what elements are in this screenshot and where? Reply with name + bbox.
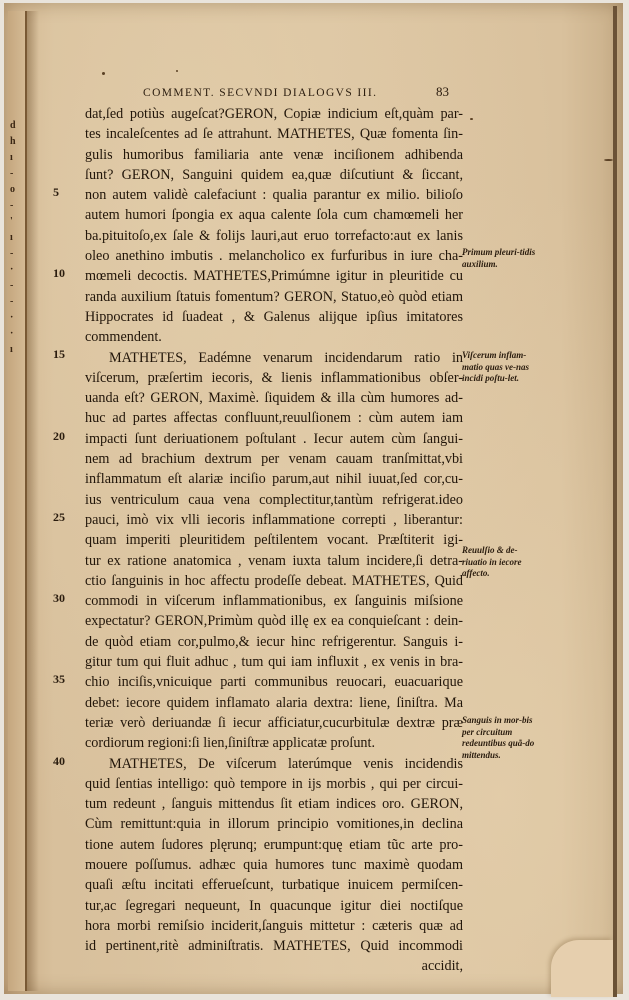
text-line: mœmeli decoctis. MATHETES,Primúmne igitu… bbox=[85, 266, 463, 286]
paper-speck bbox=[470, 118, 473, 120]
text-line: tur ex ratione anatomica , venam iuxta t… bbox=[85, 551, 463, 571]
running-head: COMMENT. SECVNDI DIALOGVS III. bbox=[143, 87, 443, 99]
main-text: dat,ſed potiùs augeſcat?GERON, Copiæ ind… bbox=[85, 104, 463, 977]
paper-speck bbox=[176, 70, 178, 72]
text-line: dat,ſed potiùs augeſcat?GERON, Copiæ ind… bbox=[85, 104, 463, 124]
text-line: quid ſentias intelligo: quò tempore in i… bbox=[85, 774, 463, 794]
text-line: hora morbi remiſsio inciderit,ſanguis mi… bbox=[85, 916, 463, 936]
text-line: tione autem ſudores plęrunq; erumpunt:qu… bbox=[85, 835, 463, 855]
text-line: ctio ſanguinis in hoc affectu prodeſſe d… bbox=[85, 571, 463, 591]
text-line: autem humori ſpongia ex aqua calente ſol… bbox=[85, 205, 463, 225]
page-right-edge bbox=[613, 6, 617, 997]
text-line: ius ventriculum caua vena complectitur,t… bbox=[85, 490, 463, 510]
text-line: mouere poſſumus. adhæc quia humores tunc… bbox=[85, 855, 463, 875]
line-number: 35 bbox=[53, 672, 65, 687]
paper-speck bbox=[102, 72, 105, 75]
text-line: Cùm remittunt:quia in illorum principio … bbox=[85, 814, 463, 834]
previous-page-text-fragments: dhı-o-'ı-·--··ı bbox=[10, 121, 24, 361]
margin-note: Primum pleuri-tidis auxilium. bbox=[462, 247, 542, 270]
text-line: oleo anethino imbutis . melancholico ex … bbox=[85, 246, 463, 266]
text-line: nem ad brachium dextrum per venam cauam … bbox=[85, 449, 463, 469]
text-line: huc ad partes affectas confluunt,reuulſi… bbox=[85, 408, 463, 428]
line-number: 5 bbox=[53, 185, 59, 200]
line-number: 20 bbox=[53, 429, 65, 444]
text-line: tur,ac ſegregari nequeunt, In quacunque … bbox=[85, 896, 463, 916]
text-line: uanda eſt? GERON, Maximè. ſiquidem & ill… bbox=[85, 388, 463, 408]
paper-speck bbox=[604, 159, 613, 161]
text-line: chio inciſis,vnicuique parti communibus … bbox=[85, 672, 463, 692]
text-line: id pertinent,ritè adminiſtratis. MATHETE… bbox=[85, 936, 463, 956]
text-line: de quòd etiam cor,pulmo,& iecur hinc ref… bbox=[85, 632, 463, 652]
text-line: randa auxilium ſtatuis fomentum? GERON, … bbox=[85, 287, 463, 307]
line-number: 40 bbox=[53, 754, 65, 769]
text-line: impacti ſunt deriuationem poſtulant . Ie… bbox=[85, 429, 463, 449]
text-line: gitur tum qui fluit adhuc , tum qui iam … bbox=[85, 652, 463, 672]
margin-note: Reuulſio & de-riuatio in iecore affecto. bbox=[462, 545, 542, 580]
text-line: expectatur? GERON,Primùm quòd illę ex ea… bbox=[85, 611, 463, 631]
text-line: inflammatum eſt alariæ inciſio parum,aut… bbox=[85, 469, 463, 489]
line-number: 10 bbox=[53, 266, 65, 281]
text-line: MATHETES, De viſcerum laterúmque venis i… bbox=[85, 754, 463, 774]
text-line: tes incaleſcentes ad ſe attrahunt. MATHE… bbox=[85, 124, 463, 144]
text-line: gulis humoribus familiaria ante venæ inc… bbox=[85, 145, 463, 165]
text-line: viſcerum, præſertim iecoris, & lienis in… bbox=[85, 368, 463, 388]
text-line: ſunt? GERON, Sanguini quidem ea,quæ diſc… bbox=[85, 165, 463, 185]
text-line: MATHETES, Eadémne venarum incidendarum r… bbox=[85, 348, 463, 368]
text-line: ba.pituitoſo,ex ſale & folijs lauri,aut … bbox=[85, 226, 463, 246]
gutter-shadow bbox=[25, 11, 39, 991]
text-line: tum redeunt , ſanguis mittendus ſit etia… bbox=[85, 794, 463, 814]
page-corner-fold bbox=[551, 940, 613, 997]
text-line: pauci, imò vix vlli iecoris inflammation… bbox=[85, 510, 463, 530]
text-line: accidit, bbox=[85, 956, 463, 976]
text-line: commendent. bbox=[85, 327, 463, 347]
text-line: debet: iecore quidem inflamato alaria de… bbox=[85, 693, 463, 713]
text-line: non autem validè calefaciunt : qualia pa… bbox=[85, 185, 463, 205]
text-line: Hippocrates id ſuadeat , & Galenus alijq… bbox=[85, 307, 463, 327]
line-number: 30 bbox=[53, 591, 65, 606]
text-line: teriæ verò deriuandæ ſi iecur afficiatur… bbox=[85, 713, 463, 733]
text-line: quam imperiti pleuritidem peſtilentem vo… bbox=[85, 530, 463, 550]
text-line: quaſi æſtu incitati efferueſcunt, turbat… bbox=[85, 875, 463, 895]
page-number: 83 bbox=[436, 84, 449, 100]
margin-note: Sanguis in mor-bis per circuitum redeunt… bbox=[462, 715, 542, 761]
line-number: 25 bbox=[53, 510, 65, 525]
text-line: commodi in viſcerum inflammationibus, ex… bbox=[85, 591, 463, 611]
line-number: 15 bbox=[53, 347, 65, 362]
margin-note: Viſcerum inflam-matio quas ve-nas incidi… bbox=[462, 350, 542, 385]
text-line: cordiorum regioni:ſi lien,ſiniſtræ appli… bbox=[85, 733, 463, 753]
